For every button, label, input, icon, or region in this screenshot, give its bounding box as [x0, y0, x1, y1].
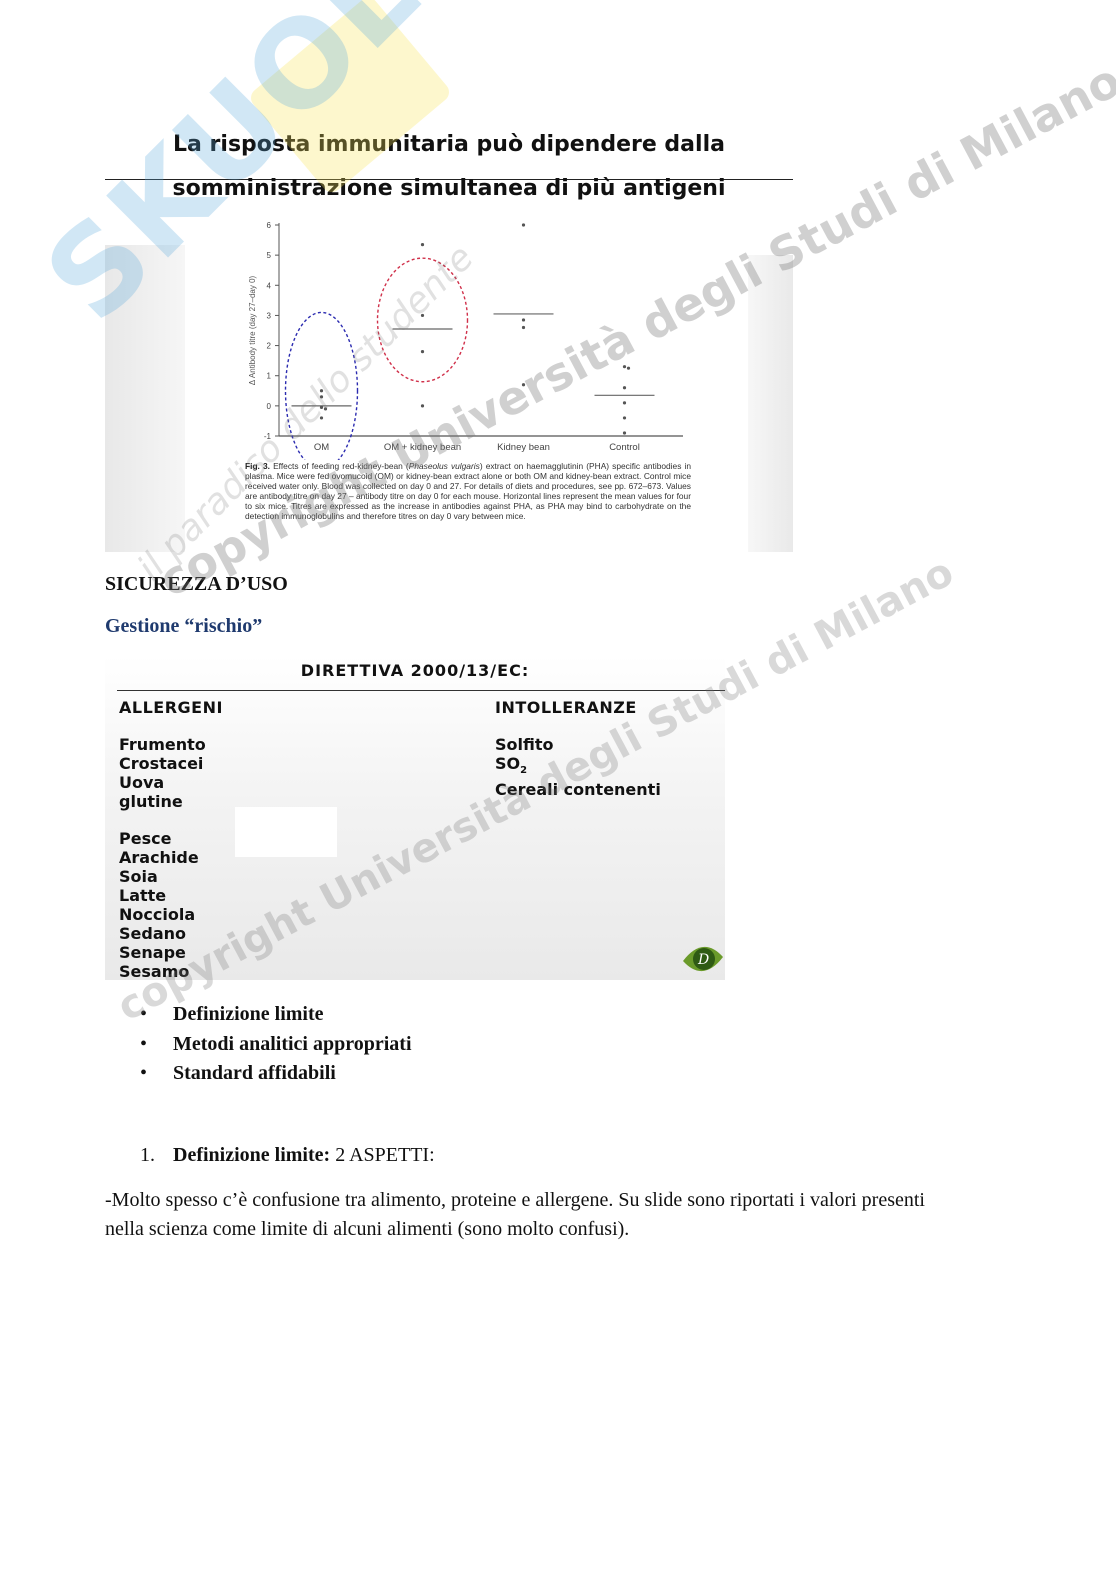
svg-text:Δ Antibody titre (day 27–day 0: Δ Antibody titre (day 27–day 0) — [248, 275, 257, 385]
allergene-item: Nocciola — [119, 905, 199, 924]
svg-text:OM: OM — [314, 442, 329, 453]
allergene-item: Latte — [119, 886, 199, 905]
svg-text:OM + kidney bean: OM + kidney bean — [384, 442, 461, 453]
intolleranza-item: Cereali contenenti — [495, 780, 661, 799]
svg-text:Control: Control — [609, 442, 640, 453]
bullet-item: Standard affidabili — [140, 1059, 412, 1089]
slide-immune-response: La risposta immunitaria può dipendere da… — [105, 120, 793, 552]
allergene-item: glutine — [119, 792, 206, 811]
svg-text:4: 4 — [267, 281, 272, 290]
directive-divider — [117, 690, 725, 691]
svg-text:D: D — [697, 952, 709, 968]
bullet-item: Definizione limite — [140, 1000, 412, 1030]
allergene-item: Crostacei — [119, 754, 206, 773]
allergene-item: Uova — [119, 773, 206, 792]
slide-shade-right — [748, 255, 793, 552]
allergene-item: Senape — [119, 943, 199, 962]
figure-caption: Fig. 3. Effects of feeding red-kidney-be… — [245, 461, 691, 522]
subheading: Gestione “rischio” — [105, 615, 262, 638]
allergene-item: Frumento — [119, 735, 206, 754]
slide-shade-left — [105, 245, 185, 552]
blank-patch — [235, 807, 337, 857]
antibody-titre-scatter-chart: -10123456Δ Antibody titre (day 27–day 0)… — [235, 215, 695, 460]
slide-title-line2: somministrazione simultanea di più antig… — [105, 176, 793, 201]
slide-direttiva: DIRETTIVA 2000/13/EC: ALLERGENI INTOLLER… — [105, 655, 725, 980]
bullet-item: Metodi analitici appropriati — [140, 1030, 412, 1060]
intolleranza-item: SO2 — [495, 754, 661, 780]
svg-text:6: 6 — [267, 221, 272, 230]
allergene-item: Soia — [119, 867, 199, 886]
slide-title-line1: La risposta immunitaria può dipendere da… — [105, 132, 793, 157]
intolleranze-header: INTOLLERANZE — [495, 698, 637, 717]
requirements-list: Definizione limite Metodi analitici appr… — [140, 1000, 412, 1089]
allergene-item: Sedano — [119, 924, 199, 943]
svg-text:-1: -1 — [264, 432, 272, 441]
intolleranza-item: Solfito — [495, 735, 661, 754]
svg-text:2: 2 — [267, 342, 272, 351]
directive-title: DIRETTIVA 2000/13/EC: — [105, 661, 725, 680]
svg-text:0: 0 — [267, 402, 272, 411]
svg-text:3: 3 — [267, 311, 272, 320]
svg-text:Kidney bean: Kidney bean — [497, 442, 550, 453]
allergeni-list-b: PesceArachideSoiaLatteNocciolaSedanoSena… — [119, 829, 199, 981]
numbered-item: 1.Definizione limite: 2 ASPETTI: — [140, 1144, 435, 1167]
intolleranze-list: Solfito SO2 Cereali contenenti — [495, 735, 661, 799]
allergene-item: Arachide — [119, 848, 199, 867]
publisher-logo-icon: D — [681, 939, 725, 977]
svg-text:1: 1 — [267, 372, 272, 381]
allergeni-header: ALLERGENI — [119, 698, 223, 717]
allergene-item: Sesamo — [119, 962, 199, 981]
allergeni-list-a: FrumentoCrostaceiUovaglutine — [119, 735, 206, 811]
body-paragraph: -Molto spesso c’è confusione tra aliment… — [105, 1186, 965, 1244]
section-heading: SICUREZZA D’USO — [105, 573, 288, 596]
svg-text:5: 5 — [267, 251, 272, 260]
allergene-item: Pesce — [119, 829, 199, 848]
